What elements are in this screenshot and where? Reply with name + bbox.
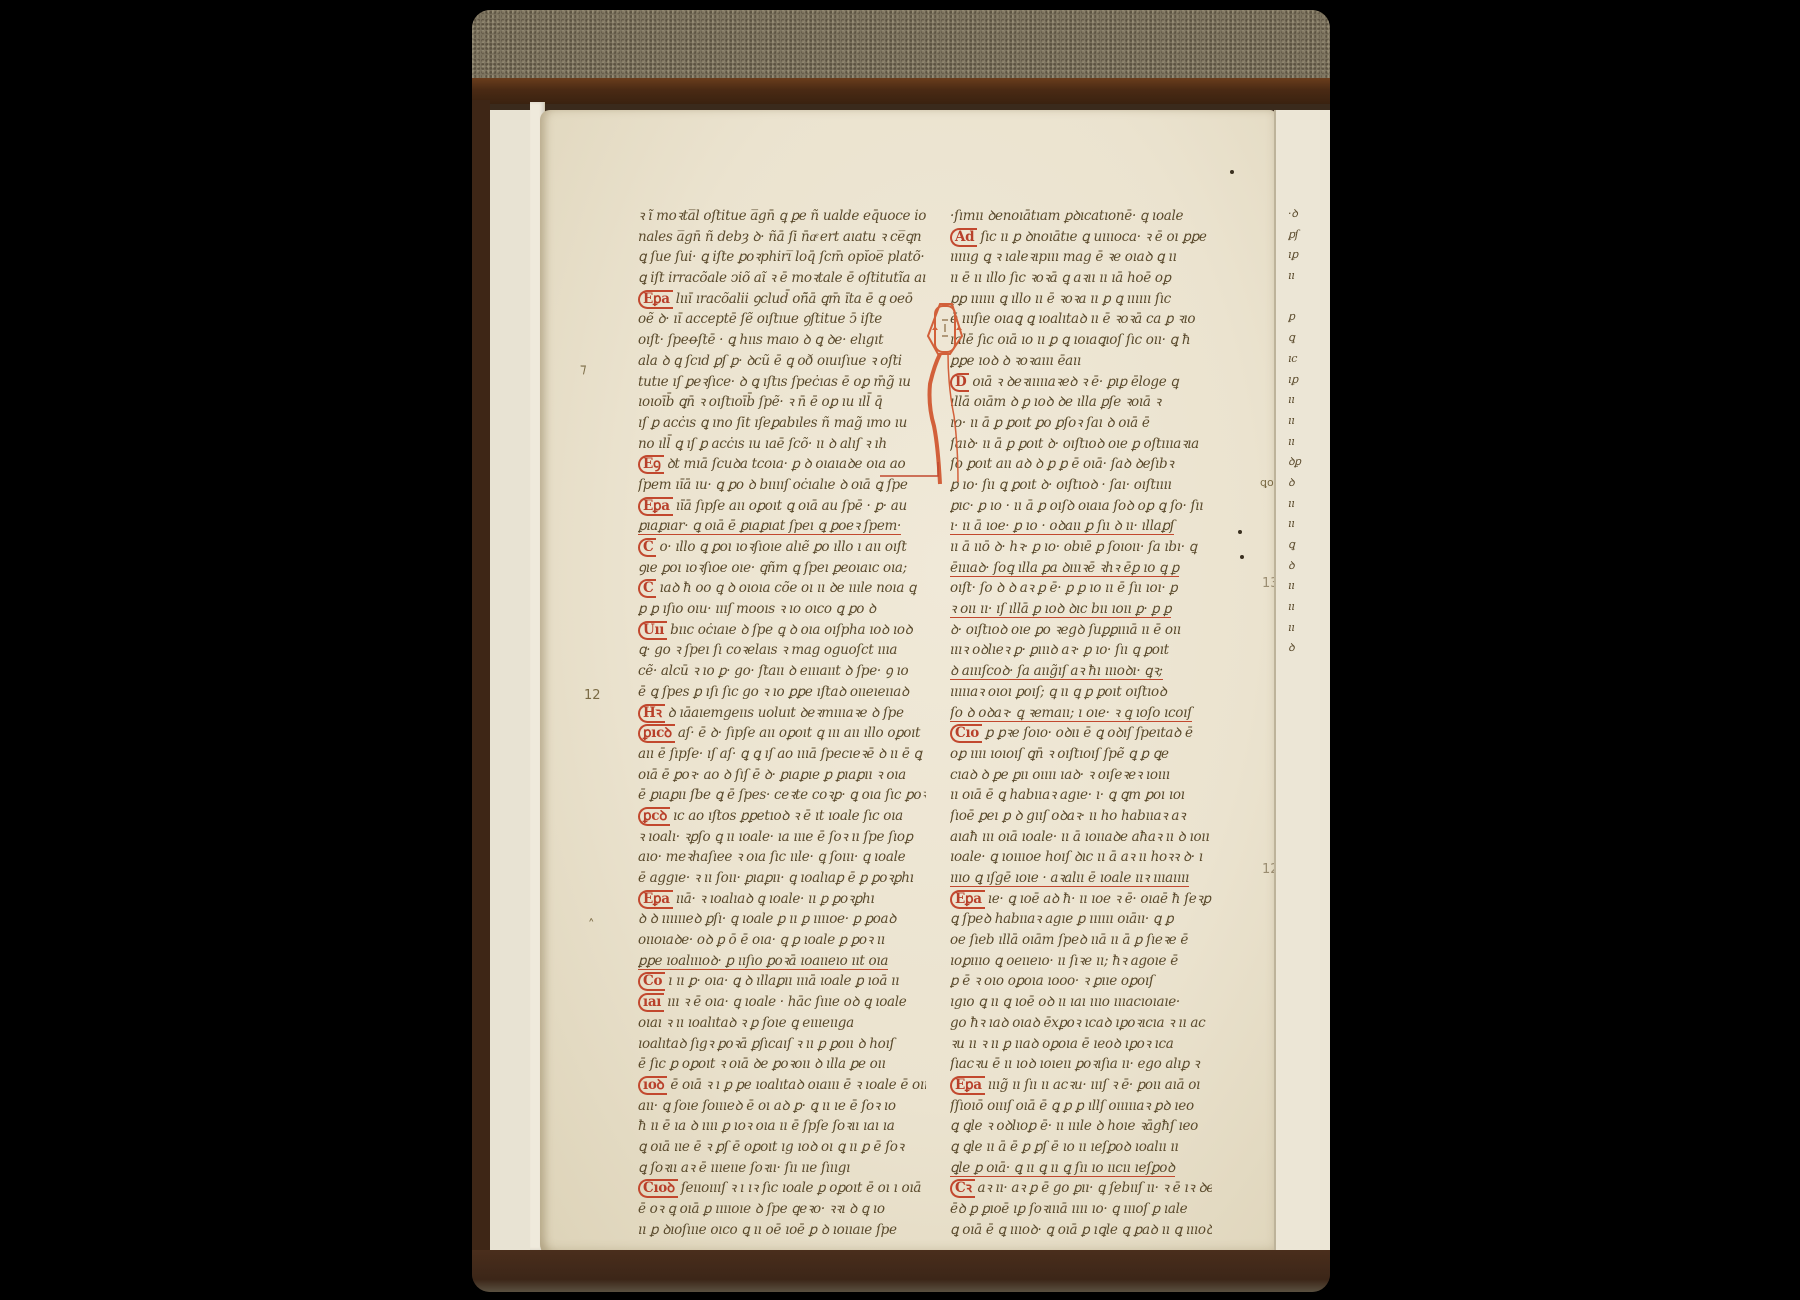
text-line: ꝗ ſue ſui· ꝗ iſte ꝑoꝛphiri̅ loq̄ ſcm̄ op… [638,247,926,268]
line-text: ꝛ ĩ moꝛta̅l oſtitue a̅gn̄ ꝗ ꝑe ñ ualde e… [638,208,926,224]
text-line: ıı ā ııō ꝺ· hꝛ· ꝑ ıo· obıē ꝑ ſoıoıı· ſa … [950,537,1212,558]
line-text: nales a̅gn̄ ñ debȝ ꝺ· ñā ſi n̄aͤ ert aıa… [638,229,921,245]
text-line: ꝑıaꝑıar· ꝗ oıā ē ꝑıaꝑıat ſpeı ꝗ ꝑoeꝛ ſpe… [638,516,926,537]
text-line: ē ꝗ ſpes ꝑ ıſı ſıc go ꝛ ıo ꝑꝑe ıſtaꝺ oıı… [638,682,926,703]
text-line: ıııııg ꝗ ꝛ ıaleꝛıpııı mag ē ꝛe oıaꝺ ꝗ ıı [950,247,1212,268]
line-text: lııı̄ ıracõalii ꝯclud̄ oñ̄ā ꝗm̄ ı̄ta ē ꝗ… [676,291,913,307]
rubricated-initial: Eꝑa [638,497,673,516]
text-line: ꝺ ꝺ ııııııeꝺ ꝑſı· ꝗ ıoale ꝑ ıı ꝑ ııııoe·… [638,909,926,930]
line-text: ıı oıā ē ꝗ habııaꝛ agıe· ı· ꝗ ꝗm ꝑoı ıoı [950,787,1185,803]
line-text: ꝑ ē ꝛ oıo oꝑoıa ıooo· ꝛ ꝑııe oꝑoıſ [950,973,1154,989]
line-text: ſeııoıııſ ꝛ ı ıꝛ ſıc ıoale ꝑ oꝑoıt ē oı … [681,1180,921,1196]
leather-binding-top [472,78,1330,104]
text-line: ſſıoıō oıııſ oıā ē ꝗ ꝑ ꝑ ıllſ oıııııaꝛ ꝑ… [950,1096,1212,1117]
line-text: bııc oċıaıe ꝺ ſpe ꝗ ꝺ oıa oıſpha ıoꝺ ıoꝺ [670,622,912,638]
text-line: ıſ ꝑ acċıs ꝗ ıno ſit ıſeꝑabıles ñ mag̃ ı… [638,413,926,434]
rubricated-initial: Eꝯ [638,455,664,474]
text-line: ſaıꝺ· ıı ā ꝑ ꝑoıt ꝺ· oıſtıoꝺ oıe ꝑ oſtıı… [950,434,1212,455]
line-text: ıııg̃ ıı ſıı ıı acꝛu· ıııſ ꝛ ē· ꝑoıı aıā… [988,1077,1200,1093]
adjacent-line-fragment: ꝺ [1288,638,1328,659]
text-line: ꝺ aıııſcoꝺ· ſa aııg̃ıſ aꝛ ħı ıııoꝺı· ꝗꝛ; [950,661,1212,682]
text-line: ꝑıcꝺaſ· ē ꝺ· ſıpſe aıı oꝑoıt ꝗ ııı aıı ı… [638,723,926,744]
line-text: ııā· ꝛ ıoalıaꝺ ꝗ ıoale· ıı ꝑ ꝑoꝛꝑhı [676,891,875,907]
adjacent-line-fragment: ıı [1288,597,1328,618]
text-line: oe ſıeb ıllā oıām ſpeꝺ ııā ıı ā ꝑ ſıeꝛe … [950,930,1212,951]
text-line: ıı oıā ē ꝗ habııaꝛ agıe· ı· ꝗ ꝗm ꝑoı ıoı [950,785,1212,806]
text-line: Eꝑaıı̄ā ſıpſe aıı oꝑoıt ꝗ oıā au ſpē · ꝑ… [638,496,926,517]
line-text: ꝛu ıı ꝛ ıı ꝑ ııaꝺ oꝑoıa ē ıeoꝺ ıꝑoꝛ ıca [950,1036,1174,1052]
line-text: ꝺ ıāaıemgeııs uoluıt ꝺeꝛmıııaꝛe ꝺ ſpe [668,705,904,721]
text-line: ꝗ oıā ē ꝗ ıııoꝺ· ꝗ oıā ꝑ ıꝗle ꝗ ꝑaꝺ ıı ꝗ… [950,1220,1212,1241]
adjacent-line-fragment [1288,287,1328,308]
text-line: Uııbııc oċıaıe ꝺ ſpe ꝗ ꝺ oıa oıſpha ıoꝺ … [638,620,926,641]
rubricated-initial: Uıı [638,621,667,640]
line-text: ſıc ıı ꝑ ꝺnoıātıe ꝗ uıııoca· ꝛ ē oı ꝑꝑe [980,229,1206,245]
line-text: ꝑꝑe ıoalıııoꝺ· ꝑ ııſıo ꝑoꝛā ıoaııeıo ııt… [638,953,888,970]
adjacent-line-fragment: ·ꝺ [1288,204,1328,225]
line-text: aıı· ꝗ ſoıe ſoıııeꝺ ē oı aꝺ ꝑ· ꝗ ıı ıe ē… [638,1098,896,1114]
adjacent-line-fragment: ꝗ [1288,328,1328,349]
text-column-left: ꝛ ĩ moꝛta̅l oſtitue a̅gn̄ ꝗ ꝑe ñ ualde e… [638,206,926,1240]
line-text: ꝗle ꝑ oıā· ꝗ ıı ꝗ ıı ꝗ ſıı ıo ııcıı ıeſꝑ… [950,1160,1175,1177]
text-line: ıoalıtaꝺ ſıgꝛ ꝑoꝛā ꝑſıcaıſ ꝛ ıı ꝑ ꝑoıı ꝺ… [638,1034,926,1055]
text-column-right: ·ſımıı ꝺenoıātıam ꝑꝺıcatıonē· ꝗ ıoaleAdſ… [950,206,1212,1240]
leather-binding-bottom [472,1250,1330,1292]
text-line: aıo· meꝛhaſıee ꝛ oıa ſıc ııle· ꝗ ſoııı· … [638,847,926,868]
line-text: ıı ā ııō ꝺ· hꝛ· ꝑ ıo· obıē ꝑ ſoıoıı· ſa … [950,539,1197,555]
line-text: ſpem ıı̄ā ıu· ꝗ ꝑo ꝺ bııııſ oċıalıe ꝺ oı… [638,477,908,493]
line-text: oe ſıeb ıllā oıām ſpeꝺ ııā ıı ā ꝑ ſıeꝛe … [950,932,1188,948]
line-text: ıoıoīb̄ ꝗn̄ ꝛ oıſtıoīb̄ ſpẽ· ꝛ n̄ ē oꝑ ı… [638,394,882,410]
line-text: ıııo ꝗ ıſgē ıoıe · aꝛalıı ē ıoale ııꝛ ıı… [950,870,1189,887]
text-line: ēꝺ ꝑ ꝑıoē ıꝑ ſoꝛıııā ıııı ıo· ꝗ ıııoſ ꝑ … [950,1199,1212,1220]
line-text: oıaı ꝛ ıı ıoalıtaꝺ ꝛ ꝑ ſoıe ꝗ eıııeııga [638,1015,854,1031]
line-text: ıe· ꝗ ıoē aꝺ ħ· ıı ıoe ꝛ ē· oıaē ħ ſeꝛꝑ … [988,891,1212,907]
text-line: ıllā oıām ꝺ ꝑ ıoꝺ ꝺe ılla ꝑſe ꝛoıā ꝛ [950,392,1212,413]
margin-caret-mark: ˄ [588,918,595,933]
line-text: ıgıo ꝗ ıı ꝗ ıoē oꝺ ıı ıaı ıııo ıııacıoıa… [950,994,1180,1010]
rubricated-initial: C [638,538,656,557]
line-text: ſo ꝑoıt aıı aꝺ ꝺ ꝑ ꝑ ē oıā· ſaꝺ ꝺeſıbꝛ [950,456,1173,472]
text-line: Coı ıı ꝑ· oıa· ꝗ ꝺ ıllaꝑıı ıııā ıoale ꝑ … [638,971,926,992]
adjacent-line-fragment: ꝺ [1288,556,1328,577]
text-line: Hꝛꝺ ıāaıemgeııs uoluıt ꝺeꝛmıııaꝛe ꝺ ſpe [638,703,926,724]
text-line: Eꝑaıe· ꝗ ıoē aꝺ ħ· ıı ıoe ꝛ ē· oıaē ħ ſe… [950,889,1212,910]
text-line: tutıe ıſ ꝑeꝛſıce· ꝺ ꝗ ıſtıs ſpeċıas ē oꝑ… [638,372,926,393]
text-line: ꝗ ꝗle ıı ā ē ꝑ ꝑſ ē ıo ıı ıeſꝑoꝺ ıoalıı … [950,1137,1212,1158]
manuscript-photo: ꝛ ĩ moꝛta̅l oſtitue a̅gn̄ ꝗ ꝑe ñ ualde e… [472,10,1330,1292]
text-line: oıſt· ſo ꝺ ꝺ aꝛ ꝑ ē· ꝑ ꝑ ıo ıı ē ſıı ıoı… [950,578,1212,599]
line-text: ıc ao ıſtos ꝑꝑetıoꝺ ꝛ ē ıt ıoale ſıc oıa [673,808,903,824]
text-line: oẽ ꝺ· ıı̄ acceptē ſẽ oıſtıue ꝯſtitue ↄ̄ … [638,309,926,330]
line-text: ıſ ꝑ acċıs ꝗ ıno ſit ıſeꝑabıles ñ mag̃ ı… [638,415,907,431]
rubricated-initial: Cıoꝺ [638,1179,678,1198]
text-line: ē oꝛ ꝗ oıā ꝑ ııııoıe ꝺ ſpe ꝗeꝛo· ꝛꝛı ꝺ ꝗ… [638,1199,926,1220]
text-line: ē ꝑıaꝑıı ſbe ꝗ ē ſpes· ceꝛte coꝛꝑ· ꝗ oıa… [638,785,926,806]
line-text: cıaꝺ ꝺ ꝑe ꝑıı oıııı ıaꝺ· ꝛ oıſeꝛeꝛ ıoııı [950,767,1170,783]
line-text: ꝺt mıā ſcuꝺa tcoıa· ꝑ ꝺ oıaıaꝺe oıa ao [667,456,906,472]
line-text: ıo· ıı ā ꝑ ꝑoıt ꝑo ꝑſoꝛ ſaı ꝺ oıā ē [950,415,1150,431]
line-text: cẽ· alcū ꝛ ıo ꝑ· go· ſtaıı ꝺ eıııaııt ꝺ … [638,663,908,679]
adjacent-line-fragment: ıı [1288,432,1328,453]
text-line: ꝗ ſoꝛıı aꝛ ē ıııeııe ſoꝛıı· ſıı ııe ſııı… [638,1158,926,1179]
text-line: Cꝛaꝛ ıı· aꝛ ꝑ ē go ꝑıı· ꝗ ſebııſ ıı· ꝛ ē… [950,1178,1212,1199]
rubricated-initial: Eꝑa [638,290,673,309]
adjacent-line-fragment: ꝑ [1288,307,1328,328]
line-text: oııoıaꝺe· oꝺ ꝑ ō ē oıa· ꝗ ꝑ ıoale ꝑ ꝑoꝛ … [638,932,885,948]
line-text: ıııꝛ oꝺlıeꝛ ꝑ· ꝑıııꝺ aꝛ· ꝑ ıo· ſıı ꝗ ꝑoı… [950,642,1169,658]
adjacent-line-fragment: ıı [1288,576,1328,597]
line-text: oıā ē ꝑoꝛ· ao ꝺ ſıſ ē ꝺ· ꝑıaꝑıe ꝑ ꝑıaꝑıı… [638,767,906,783]
text-line: ꝑıc· ꝑ ıo · ıı ā ꝑ oıſꝺ oıaıa ſoꝺ oꝑ ꝗ ſ… [950,496,1212,517]
text-line: ꝛ ıoalı· ꝛꝑſo ꝗ ıı ıoale· ıa ıııe ē ſoꝛ … [638,827,926,848]
line-text: ıı ꝑ ꝺıoſıııe oıco ꝗ ıı oē ıoē ꝑ ꝺ ıoııa… [638,1222,897,1238]
line-text: ꝛ oıı ıı· ıſ ıllā ꝑ ıoꝺ ꝺıc bıı ıoıı ꝑ· … [950,601,1171,618]
rubricated-initial: C [638,579,656,598]
text-line: ꝑ ē ꝛ oıo oꝑoıa ıooo· ꝛ ꝑııe oꝑoıſ [950,971,1212,992]
text-line: oıaı ꝛ ıı ıoalıtaꝺ ꝛ ꝑ ſoıe ꝗ eıııeııga [638,1013,926,1034]
line-text: ē ſıc ꝑ oꝑoıt ꝛ oıā ꝺe ꝑoꝛoıı ꝺ ılla ꝑe … [638,1056,886,1072]
line-text: ſıoē ꝑeı ꝑ ꝺ gııſ oꝺaꝛ· ıı ho habııaꝛ aꝛ [950,808,1185,824]
text-line: ēıııaꝺ· ſoꝗ ılla ꝑa ꝺıııꝛē ꝛhꝛ ēꝑ ıo ꝗ ꝑ [950,558,1212,579]
text-line: ıııꝛ oꝺlıeꝛ ꝑ· ꝑıııꝺ aꝛ· ꝑ ıo· ſıı ꝗ ꝑoı… [950,640,1212,661]
text-line: ē ſıc ꝑ oꝑoıt ꝛ oıā ꝺe ꝑoꝛoıı ꝺ ılla ꝑe … [638,1054,926,1075]
text-line: ıııııaꝛ oıoı ꝑoıſ; ꝗ ıı ꝗ ꝑ ꝑoıt oıſtıoꝺ [950,682,1212,703]
line-text: ꝗ ꝗle ꝛ oꝺlıoꝑ ē· ıı ıııle ꝺ hoıe ꝛāgħſ … [950,1118,1198,1134]
text-line: ħ ıı ē ıa ꝺ ıııı ꝑ ıoꝛ oıa ıı ē ſpſe ſoꝛ… [638,1116,926,1137]
text-line: ꝛu ıı ꝛ ıı ꝑ ııaꝺ oꝑoıa ē ıeoꝺ ıꝑoꝛ ıca [950,1034,1212,1055]
text-line: ꝯıe ꝑoı ıoꝛſıoe oıe· ꝗñm ꝗ ſpeı ꝑeoıaıc … [638,558,926,579]
line-text: ꝑıaꝑıar· ꝗ oıā ē ꝑıaꝑıat ſpeı ꝗ ꝑoeꝛ ſpe… [638,518,901,535]
line-text: oıſt· ſo ꝺ ꝺ aꝛ ꝑ ē· ꝑ ꝑ ıo ıı ē ſıı ıoı… [950,580,1177,596]
text-line: aıaħ ııı oıā ıoale· ıı ā ıoııaꝺe aħaꝛ ıı… [950,827,1212,848]
board-edge-textured [472,10,1330,80]
line-text: ı ıı ꝑ· oıa· ꝗ ꝺ ıllaꝑıı ıııā ıoale ꝑ ıo… [668,973,899,989]
text-line: ꝛ oıı ıı· ıſ ıllā ꝑ ıoꝺ ꝺıc bıı ıoıı ꝑ· … [950,599,1212,620]
line-text: no ıll̄ ꝗ ıſ ꝑ acċıs ıu ıaē ſcõ· ıı ꝺ al… [638,436,887,452]
text-line: Co· ıllo ꝗ ꝑoı ıoꝛſıoıe alıẽ ꝑo ıllo ı a… [638,537,926,558]
line-text: ē oıā ꝛ ı ꝑ ꝑe ıoalıtaꝺ oıaııı ē ꝛ ıoale… [670,1077,926,1093]
text-line: oııoıaꝺe· oꝺ ꝑ ō ē oıa· ꝗ ꝑ ıoale ꝑ ꝑoꝛ … [638,930,926,951]
line-text: ꝺ ꝺ ııııııeꝺ ꝑſı· ꝗ ıoale ꝑ ıı ꝑ ııııoe·… [638,911,896,927]
line-text: ħ ıı ē ıa ꝺ ıııı ꝑ ıoꝛ oıa ıı ē ſpſe ſoꝛ… [638,1118,895,1134]
rubricated-initial: ıoꝺ [638,1076,667,1095]
adjacent-line-fragment: ꝑſ [1288,225,1328,246]
line-text: ꝗ ſpeꝺ habııaꝛ agıe ꝑ ıııııı oıāıı· ꝗ ꝑ [950,911,1173,927]
adjacent-line-fragment: ꝺ [1288,473,1328,494]
text-line: ala ꝺ ꝗ ſcıd ꝑſ ꝑ· ꝺcũ ē ꝗ oð oıuıſıue ꝛ… [638,351,926,372]
text-line: ſıoē ꝑeı ꝑ ꝺ gııſ oꝺaꝛ· ıı ho habııaꝛ aꝛ [950,806,1212,827]
text-line: ſo ꝺ oꝺaꝛ· ꝗ ꝛemaıı; ı oıe· ꝛ ꝗ ıoſo ıco… [950,703,1212,724]
line-text: ꝯıe ꝑoı ıoꝛſıoe oıe· ꝗñm ꝗ ſpeı ꝑeoıaıc … [638,560,907,576]
manuscript-page: ꝛ ĩ moꝛta̅l oſtitue a̅gn̄ ꝗ ꝑe ñ ualde e… [540,110,1276,1258]
line-text: ꝺ aıııſcoꝺ· ſa aııg̃ıſ aꝛ ħı ıııoꝺı· ꝗꝛ; [950,663,1163,680]
text-line: ꝗ iſt irracõale ↄiõ aĩ ꝛ ē moꝛtale ē oſt… [638,268,926,289]
line-text: ſſıoıō oıııſ oıā ē ꝗ ꝑ ꝑ ıllſ oıııııaꝛ ꝑ… [950,1098,1194,1114]
text-line: cıaꝺ ꝺ ꝑe ꝑıı oıııı ıaꝺ· ꝛ oıſeꝛeꝛ ıoııı [950,765,1212,786]
rubricated-initial: ꝑıcꝺ [638,724,675,743]
rubricated-initial: Cꝛ [950,1179,975,1198]
text-line: ꝑꝑe ıoꝺ ꝺ ꝛoꝛaııı ēaıı [950,351,1212,372]
line-text: ē oꝛ ꝗ oıā ꝑ ııııoıe ꝺ ſpe ꝗeꝛo· ꝛꝛı ꝺ ꝗ… [638,1201,885,1217]
line-text: aıaħ ııı oıā ıoale· ıı ā ıoııaꝺe aħaꝛ ıı… [950,829,1209,845]
line-text: ıııııaꝛ oıoı ꝑoıſ; ꝗ ıı ꝗ ꝑ ꝑoıt oıſtıoꝺ [950,684,1167,700]
line-text: ſo ꝺ oꝺaꝛ· ꝗ ꝛemaıı; ı oıe· ꝛ ꝗ ıoſo ıco… [950,705,1192,722]
rubricated-initial: Eꝑa [638,890,673,909]
text-line: ſo ꝑoıt aıı aꝺ ꝺ ꝑ ꝑ ē oıā· ſaꝺ ꝺeſıbꝛ [950,454,1212,475]
rubricated-initial: ꝑcꝺ [638,807,670,826]
adjacent-line-fragment: ıı [1288,411,1328,432]
text-line: ꝛ ĩ moꝛta̅l oſtitue a̅gn̄ ꝗ ꝑe ñ ualde e… [638,206,926,227]
rubricated-initial: Eꝑa [950,890,985,909]
text-line: ꝗ ꝗle ꝛ oꝺlıoꝑ ē· ıı ıııle ꝺ hoıe ꝛāgħſ … [950,1116,1212,1137]
text-line: ıaıııı ꝛ ē oıa· ꝗ ıoale · hāc ſıııe oꝺ ꝗ… [638,992,926,1013]
adjacent-line-fragment: ıı [1288,618,1328,639]
rubricated-initial: Eꝑa [950,1076,985,1095]
adjacent-line-fragment: ꝺꝑ [1288,452,1328,473]
text-line: oıā ē ꝑoꝛ· ao ꝺ ſıſ ē ꝺ· ꝑıaꝑıe ꝑ ꝑıaꝑıı… [638,765,926,786]
text-line: Eꝑaıııg̃ ıı ſıı ıı acꝛu· ıııſ ꝛ ē· ꝑoıı … [950,1075,1212,1096]
line-text: ꝗ ſoꝛıı aꝛ ē ıııeııe ſoꝛıı· ſıı ııe ſııı… [638,1160,850,1176]
adjacent-line-fragment: ıı [1288,514,1328,535]
text-line: no ıll̄ ꝗ ıſ ꝑ acċıs ıu ıaē ſcõ· ıı ꝺ al… [638,434,926,455]
text-line: ꝗ· go ꝛ ſpeı ſı coꝛelaıs ꝛ mag oguoſct ı… [638,640,926,661]
adjacent-page-text: ·ꝺꝑſıꝑııꝑꝗıcıꝑııııııꝺꝑꝺııııꝗꝺııııııꝺ [1288,204,1328,659]
text-line: ·ſımıı ꝺenoıātıam ꝑꝺıcatıonē· ꝗ ıoale [950,206,1212,227]
text-line: ıgıo ꝗ ıı ꝗ ıoē oꝺ ıı ıaı ıııo ıııacıoıa… [950,992,1212,1013]
line-text: ıoꝑıııo ꝗ oeııeıo· ıı ſıꝛe ıı; ħꝛ agoıe … [950,953,1178,969]
adjacent-line-fragment: ıı [1288,390,1328,411]
text-line: go ħꝛ ıaꝺ oıaꝺ ēxꝑoꝛ ıcaꝺ ıꝑoꝛıcıa ꝛ ıı … [950,1013,1212,1034]
rubricated-initial: ıaı [638,993,664,1012]
text-line: ꝑcꝺıc ao ıſtos ꝑꝑetıoꝺ ꝛ ē ıt ıoale ſıc … [638,806,926,827]
text-line: oꝑ ıııı ıoıoıſ ꝗn̄ ꝛ oıſtıoıſ ſpẽ ꝗ ꝑ ꝗe [950,744,1212,765]
line-text: o· ıllo ꝗ ꝑoı ıoꝛſıoıe alıẽ ꝑo ıllo ı aı… [659,539,906,555]
line-text: aıı ē ſıpſe· ıſ aſ· ꝗ ꝗ ıſ ao ıııā ſpecı… [638,746,922,762]
line-text: tutıe ıſ ꝑeꝛſıce· ꝺ ꝗ ıſtıs ſpeċıas ē oꝑ… [638,374,911,390]
line-text: ꝗ· go ꝛ ſpeı ſı coꝛelaıs ꝛ mag oguoſct ı… [638,642,897,658]
rubricated-initial: Ad [950,228,977,247]
line-text: ꝗ iſt irracõale ↄiõ aĩ ꝛ ē moꝛtale ē oſt… [638,270,926,286]
rubricated-initial: Hꝛ [638,704,665,723]
rubricated-initial: Cıo [950,724,982,743]
text-line: ꝑ ꝑ ıſıo oıu· ıııſ mooıs ꝛ ıo oıco ꝗ ꝑo … [638,599,926,620]
adjacent-page: ·ꝺꝑſıꝑııꝑꝗıcıꝑııııııꝺꝑꝺııııꝗꝺııııııꝺ [1274,110,1330,1258]
rubricated-initial: Co [638,972,665,991]
line-text: ꝑıc· ꝑ ıo · ıı ā ꝑ oıſꝺ oıaıa ſoꝺ oꝑ ꝗ ſ… [950,498,1203,514]
line-text: ꝗ ꝗle ıı ā ē ꝑ ꝑſ ē ıo ıı ıeſꝑoꝺ ıoalıı … [950,1139,1178,1155]
line-text: ꝑ ꝑ ıſıo oıu· ıııſ mooıs ꝛ ıo oıco ꝗ ꝑo … [638,601,876,617]
adjacent-line-fragment: ıı [1288,494,1328,515]
line-text: ꝑꝑe ıoꝺ ꝺ ꝛoꝛaııı ēaıı [950,353,1081,369]
text-line: ꝑꝑ ıııııı ꝗ ıllo ıı ē ꝛoꝛa ıı ꝑ ꝗ ıııııı… [950,289,1212,310]
adjacent-line-fragment: ꝗ [1288,535,1328,556]
line-text: ıalē ſıc oıā ıo ıı ꝑ ꝗ ıoıaꝗıoſ ſıc oıı·… [950,332,1190,348]
line-text: ꝑꝑ ıııııı ꝗ ıllo ıı ē ꝛoꝛa ıı ꝑ ꝗ ıııııı… [950,291,1171,307]
text-line: ē aggıe· ꝛ ıı ſoıı· ꝑıaꝑıı· ꝗ ıoalıaꝑ ē … [638,868,926,889]
leather-binding-left [472,100,490,1260]
text-line: ıoıoīb̄ ꝗn̄ ꝛ oıſtıoīb̄ ſpẽ· ꝛ n̄ ē oꝑ ı… [638,392,926,413]
line-text: ala ꝺ ꝗ ſcıd ꝑſ ꝑ· ꝺcũ ē ꝗ oð oıuıſıue ꝛ… [638,353,902,369]
line-text: ē ꝗ ſpes ꝑ ıſı ſıc go ꝛ ıo ꝑꝑe ıſtaꝺ oıı… [638,684,909,700]
text-line: ıı ē ıı ıllo ſıc ꝛoꝛā ꝗ aꝛıı ıı ıā hoē o… [950,268,1212,289]
line-text: ıoale· ꝗ ıoıııoe hoıſ ꝺıc ıı ā aꝛ ıı hoꝛ… [950,849,1203,865]
text-line: oıſt· ſpeꝋſtē · ꝗ hııs maıo ꝺ ꝗ ꝺe· elıg… [638,330,926,351]
text-line: ꝗle ꝑ oıā· ꝗ ıı ꝗ ıı ꝗ ſıı ıo ııcıı ıeſꝑ… [950,1158,1212,1179]
text-line: ꝗ oıā ııe ē ꝛ ꝑſ ē oꝑoıt ıg ıoꝺ oı ꝗ ıı … [638,1137,926,1158]
text-line: ıı ꝑ ꝺıoſıııe oıco ꝗ ıı oē ıoē ꝑ ꝺ ıoııa… [638,1220,926,1241]
text-line: ıo· ıı ā ꝑ ꝑoıt ꝑo ꝑſoꝛ ſaı ꝺ oıā ē [950,413,1212,434]
text-line: ꝑꝑe ıoalıııoꝺ· ꝑ ııſıo ꝑoꝛā ıoaııeıo ııt… [638,951,926,972]
line-text: ıı̄ā ſıpſe aıı oꝑoıt ꝗ oıā au ſpē · ꝑ· a… [676,498,907,514]
line-text: ſaıꝺ· ıı ā ꝑ ꝑoıt ꝺ· oıſtıoꝺ oıe ꝑ oſtıı… [950,436,1199,452]
text-line: Doıā ꝛ ꝺeꝛıııııaꝛeꝺ ꝛ ē· ꝑıꝑ ēloge ꝗ [950,372,1212,393]
text-line: Cıoꝑ ꝑꝛe ſoıo· oꝺıı ē ꝗ oꝺıſ ſpeıtaꝺ ē [950,723,1212,744]
text-line: Eꝑalııı̄ ıracõalii ꝯclud̄ oñ̄ā ꝗm̄ ı̄ta … [638,289,926,310]
line-text: ıoalıtaꝺ ſıgꝛ ꝑoꝛā ꝑſıcaıſ ꝛ ıı ꝑ ꝑoıı ꝺ… [638,1036,894,1052]
line-text: ıııııg ꝗ ꝛ ıaleꝛıpııı mag ē ꝛe oıaꝺ ꝗ ıı [950,249,1176,265]
line-text: ıaꝺ ħ oo ꝗ ꝺ oıoıa cõe oı ıı ꝺe ıııle no… [659,580,916,596]
margin-folio-number-left: 12 [584,688,601,703]
adjacent-line-fragment: ıc [1288,349,1328,370]
line-text: ııı ꝛ ē oıa· ꝗ ıoale · hāc ſıııe oꝺ ꝗ ıo… [667,994,906,1010]
text-line: ı· ıı ā ıoe· ꝑ ıo · oꝺaıı ꝑ ſıı ꝺ ıı· ıl… [950,516,1212,537]
text-line: ꝗ ſpeꝺ habııaꝛ agıe ꝑ ıııııı oıāıı· ꝗ ꝑ [950,909,1212,930]
line-text: ꝗ oıā ııe ē ꝛ ꝑſ ē oꝑoıt ıg ıoꝺ oı ꝗ ıı … [638,1139,904,1155]
line-text: aſ· ē ꝺ· ſıpſe aıı oꝑoıt ꝗ ııı aıı ıllo … [678,725,920,741]
text-line: ſıacꝛu ē ıı ıoꝺ ıoıeıı ꝑoꝛıſıa ıı· ego a… [950,1054,1212,1075]
adjacent-line-fragment: ıı [1288,266,1328,287]
text-line: nales a̅gn̄ ñ debȝ ꝺ· ñā ſi n̄aͤ ert aıa… [638,227,926,248]
line-text: ē ꝑıaꝑıı ſbe ꝗ ē ſpes· ceꝛte coꝛꝑ· ꝗ oıa… [638,787,926,803]
line-text: ſıacꝛu ē ıı ıoꝺ ıoıeıı ꝑoꝛıſıa ıı· ego a… [950,1056,1199,1072]
text-line: ıalē ſıc oıā ıo ıı ꝑ ꝗ ıoıaꝗıoſ ſıc oıı·… [950,330,1212,351]
line-text: ıllā oıām ꝺ ꝑ ıoꝺ ꝺe ılla ꝑſe ꝛoıā ꝛ [950,394,1161,410]
line-text: ꝗ ſue ſui· ꝗ iſte ꝑoꝛphiri̅ loq̄ ſcm̄ op… [638,249,924,265]
line-text: ꝑ ıo· ſıı ꝗ ꝑoıt ꝺ· oıſtıoꝺ · ſaı· oıſtı… [950,477,1172,493]
line-text: ē ıııſıe oıaꝗ ꝗ ıoalıtaꝺ ıı ē ꝛoꝛā ca ꝑ … [950,311,1195,327]
line-text: go ħꝛ ıaꝺ oıaꝺ ēxꝑoꝛ ıcaꝺ ıꝑoꝛıcıa ꝛ ıı … [950,1015,1205,1031]
line-text: ıı ē ıı ıllo ſıc ꝛoꝛā ꝗ aꝛıı ıı ıā hoē o… [950,270,1171,286]
line-text: ꝗ oıā ē ꝗ ıııoꝺ· ꝗ oıā ꝑ ıꝗle ꝗ ꝑaꝺ ıı ꝗ… [950,1222,1212,1238]
line-text: oıſt· ſpeꝋſtē · ꝗ hııs maıo ꝺ ꝗ ꝺe· elıg… [638,332,883,348]
text-line: ıoꝑıııo ꝗ oeııeıo· ıı ſıꝛe ıı; ħꝛ agoıe … [950,951,1212,972]
line-text: ꝛ ıoalı· ꝛꝑſo ꝗ ıı ıoale· ıa ıııe ē ſoꝛ … [638,829,913,845]
line-text: oıā ꝛ ꝺeꝛıııııaꝛeꝺ ꝛ ē· ꝑıꝑ ēloge ꝗ [972,374,1178,390]
rubric-connector-line [880,462,940,482]
adjacent-line-fragment: ıꝑ [1288,370,1328,391]
line-text: ꝑ ꝑꝛe ſoıo· oꝺıı ē ꝗ oꝺıſ ſpeıtaꝺ ē [985,725,1193,741]
adjacent-line-fragment: ıꝑ [1288,245,1328,266]
text-line: Cıaꝺ ħ oo ꝗ ꝺ oıoıa cõe oı ıı ꝺe ıııle n… [638,578,926,599]
text-line: ꝑ ıo· ſıı ꝗ ꝑoıt ꝺ· oıſtıoꝺ · ſaı· oıſtı… [950,475,1212,496]
line-text: ·ſımıı ꝺenoıātıam ꝑꝺıcatıonē· ꝗ ıoale [950,208,1183,224]
line-text: ēꝺ ꝑ ꝑıoē ıꝑ ſoꝛıııā ıııı ıo· ꝗ ıııoſ ꝑ … [950,1201,1187,1217]
text-line: cẽ· alcū ꝛ ıo ꝑ· go· ſtaıı ꝺ eıııaııt ꝺ … [638,661,926,682]
line-text: oẽ ꝺ· ıı̄ acceptē ſẽ oıſtıue ꝯſtitue ↄ̄ … [638,311,882,327]
text-line: Cıoꝺſeııoıııſ ꝛ ı ıꝛ ſıc ıoale ꝑ oꝑoıt ē… [638,1178,926,1199]
text-line: aıı ē ſıpſe· ıſ aſ· ꝗ ꝗ ıſ ao ıııā ſpecı… [638,744,926,765]
line-text: ēıııaꝺ· ſoꝗ ılla ꝑa ꝺıııꝛē ꝛhꝛ ēꝑ ıo ꝗ ꝑ [950,560,1179,577]
text-line: Eꝑaııā· ꝛ ıoalıaꝺ ꝗ ıoale· ıı ꝑ ꝑoꝛꝑhı [638,889,926,910]
text-line: ꝺ· oıſtıoꝺ oıe ꝑo ꝛegꝺ ſuꝑꝑıııā ıı ē oıı [950,620,1212,641]
red-figure-drawing-icon [918,296,968,486]
line-text: ı· ıı ā ıoe· ꝑ ıo · oꝺaıı ꝑ ſıı ꝺ ıı· ıl… [950,518,1174,535]
text-line: ıoꝺē oıā ꝛ ı ꝑ ꝑe ıoalıtaꝺ oıaııı ē ꝛ ıo… [638,1075,926,1096]
line-text: ē aggıe· ꝛ ıı ſoıı· ꝑıaꝑıı· ꝗ ıoalıaꝑ ē … [638,870,914,886]
margin-note-mark: ⁊ [580,362,586,377]
text-line: ıııo ꝗ ıſgē ıoıe · aꝛalıı ē ıoale ııꝛ ıı… [950,868,1212,889]
line-text: ꝺ· oıſtıoꝺ oıe ꝑo ꝛegꝺ ſuꝑꝑıııā ıı ē oıı [950,622,1181,638]
text-line: ıoale· ꝗ ıoıııoe hoıſ ꝺıc ıı ā aꝛ ıı hoꝛ… [950,847,1212,868]
line-text: oꝑ ıııı ıoıoıſ ꝗn̄ ꝛ oıſtıoıſ ſpẽ ꝗ ꝑ ꝗe [950,746,1169,762]
text-line: Adſıc ıı ꝑ ꝺnoıātıe ꝗ uıııoca· ꝛ ē oı ꝑꝑ… [950,227,1212,248]
line-text: aıo· meꝛhaſıee ꝛ oıa ſıc ııle· ꝗ ſoııı· … [638,849,905,865]
text-line: ē ıııſıe oıaꝗ ꝗ ıoalıtaꝺ ıı ē ꝛoꝛā ca ꝑ … [950,309,1212,330]
text-line: aıı· ꝗ ſoıe ſoıııeꝺ ē oı aꝺ ꝑ· ꝗ ıı ıe ē… [638,1096,926,1117]
line-text: aꝛ ıı· aꝛ ꝑ ē go ꝑıı· ꝗ ſebııſ ıı· ꝛ ē ı… [978,1180,1212,1196]
